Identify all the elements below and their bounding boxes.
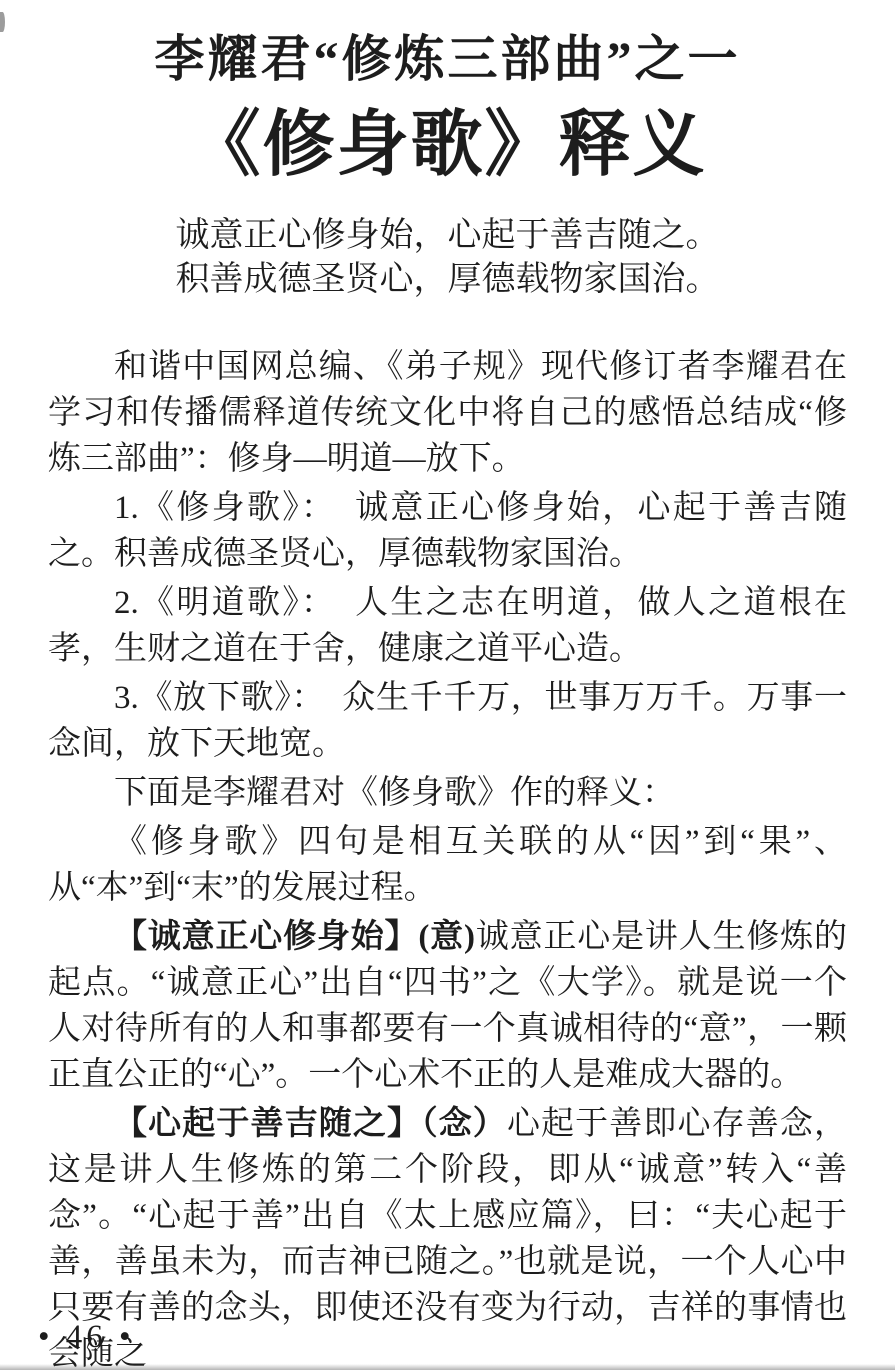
paragraph-text: 1.《修身歌》： 诚意正心修身始，心起于善吉随之。积善成德圣贤心，厚德载物家国治…: [48, 490, 847, 572]
body-paragraphs: 和谐中国网总编、《弟子规》现代修订者李耀君在学习和传播儒释道传统文化中将自己的感…: [48, 344, 847, 1370]
paragraph: 《修身歌》四句是相互关联的从“因”到“果”、从“本”到“末”的发展过程。: [48, 819, 847, 911]
paragraph: 【心起于善吉随之】（念）心起于善即心存善念，这是讲人生修炼的第二个阶段，即从“诚…: [48, 1101, 847, 1370]
paragraph-text: 2.《明道歌》： 人生之志在明道，做人之道根在孝，生财之道在于舍，健康之道平心造…: [48, 585, 847, 667]
paragraph-text: 下面是李耀君对《修身歌》作的释义：: [114, 775, 675, 811]
verse-line-2: 积善成德圣贤心，厚德载物家国治。: [48, 258, 847, 302]
paragraph: 和谐中国网总编、《弟子规》现代修订者李耀君在学习和传播儒释道传统文化中将自己的感…: [48, 344, 847, 482]
paragraph-bold-lead: 【心起于善吉随之】（念）: [114, 1106, 507, 1142]
paragraph: 下面是李耀君对《修身歌》作的释义：: [48, 770, 847, 816]
paragraph-text: 心起于善即心存善念，这是讲人生修炼的第二个阶段，即从“诚意”转入“善念”。“心起…: [48, 1106, 847, 1370]
series-heading: 李耀君“修炼三部曲”之一: [48, 0, 847, 88]
paragraph: 3.《放下歌》： 众生千千万，世事万万千。万事一念间，放下天地宽。: [48, 675, 847, 767]
paragraph-text: 和谐中国网总编、《弟子规》现代修订者李耀君在学习和传播儒释道传统文化中将自己的感…: [48, 349, 847, 477]
verse-block: 诚意正心修身始，心起于善吉随之。 积善成德圣贤心，厚德载物家国治。: [48, 214, 847, 302]
paragraph: 1.《修身歌》： 诚意正心修身始，心起于善吉随之。积善成德圣贤心，厚德载物家国治…: [48, 485, 847, 577]
paragraph: 【诚意正心修身始】(意)诚意正心是讲人生修炼的起点。“诚意正心”出自“四书”之《…: [48, 914, 847, 1098]
book-page: 李耀君“修炼三部曲”之一 《修身歌》释义 诚意正心修身始，心起于善吉随之。 积善…: [0, 0, 895, 1370]
page-number: • 46 •: [38, 1319, 135, 1356]
paragraph-bold-lead: 【诚意正心修身始】(意): [114, 919, 475, 955]
scan-speck-artifact: [0, 12, 5, 32]
scan-edge-artifact: [0, 1364, 895, 1370]
paragraph-text: 3.《放下歌》： 众生千千万，世事万万千。万事一念间，放下天地宽。: [48, 680, 847, 762]
verse-line-1: 诚意正心修身始，心起于善吉随之。: [48, 214, 847, 258]
paragraph-text: 《修身歌》四句是相互关联的从“因”到“果”、从“本”到“末”的发展过程。: [48, 824, 847, 906]
paragraph: 2.《明道歌》： 人生之志在明道，做人之道根在孝，生财之道在于舍，健康之道平心造…: [48, 580, 847, 672]
page-title: 《修身歌》释义: [48, 102, 847, 188]
